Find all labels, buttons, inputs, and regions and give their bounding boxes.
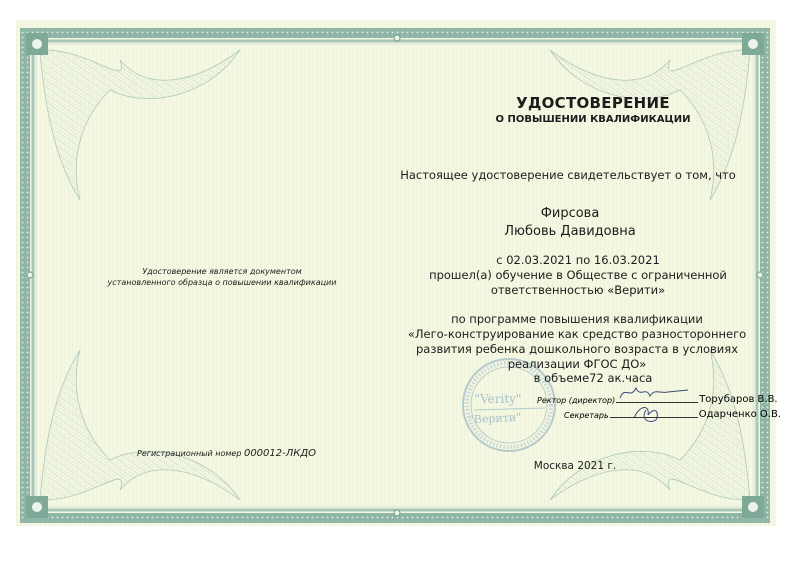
signature-line — [610, 417, 698, 418]
signature-role: Секретарь — [564, 411, 609, 420]
holder-surname: Фирсова — [541, 205, 600, 222]
signature-secretary: Секретарь Одарченко О.В. — [564, 409, 781, 420]
registration-label: Регистрационный номер — [137, 449, 241, 458]
holder-given-names: Любовь Давидовна — [504, 223, 635, 240]
program-line-1: «Лего-конструирование как средство разно… — [408, 327, 746, 342]
doc-subtitle: О ПОВЫШЕНИИ КВАЛИФИКАЦИИ — [495, 114, 690, 125]
left-note-line-2: установленного образца о повышении квали… — [108, 277, 337, 288]
left-note-line-1: Удостоверение является документом — [142, 266, 301, 277]
training-line-1: прошел(а) обучение в Обществе с ограниче… — [429, 268, 727, 283]
city-year: Москва 2021 г. — [534, 459, 616, 474]
signature-director: Ректор (директор) Торубаров В.В. — [537, 394, 778, 405]
signature-line — [616, 402, 698, 403]
doc-title: УДОСТОВЕРЕНИЕ — [516, 94, 670, 112]
registration-value: 000012-ЛКДО — [244, 448, 316, 459]
intro-text: Настоящее удостоверение свидетельствует … — [400, 168, 736, 183]
signature-name: Торубаров В.В. — [699, 394, 777, 405]
program-volume: в объеме72 ак.часа — [534, 371, 653, 386]
registration-number: Регистрационный номер 000012-ЛКДО — [137, 448, 316, 459]
signature-name: Одарченко О.В. — [699, 409, 781, 420]
signature-role: Ректор (директор) — [537, 396, 615, 405]
training-period: с 02.03.2021 по 16.03.2021 — [496, 253, 660, 268]
program-line-2: развития ребенка дошкольного возраста в … — [416, 342, 738, 357]
training-line-2: ответственностью «Верити» — [491, 283, 665, 298]
seal-text-en: "Verity" — [475, 392, 522, 406]
program-intro: по программе повышения квалификации — [451, 312, 703, 327]
program-line-3: реализации ФГОС ДО» — [508, 357, 647, 372]
seal-text-ru: "Верити" — [468, 411, 521, 427]
